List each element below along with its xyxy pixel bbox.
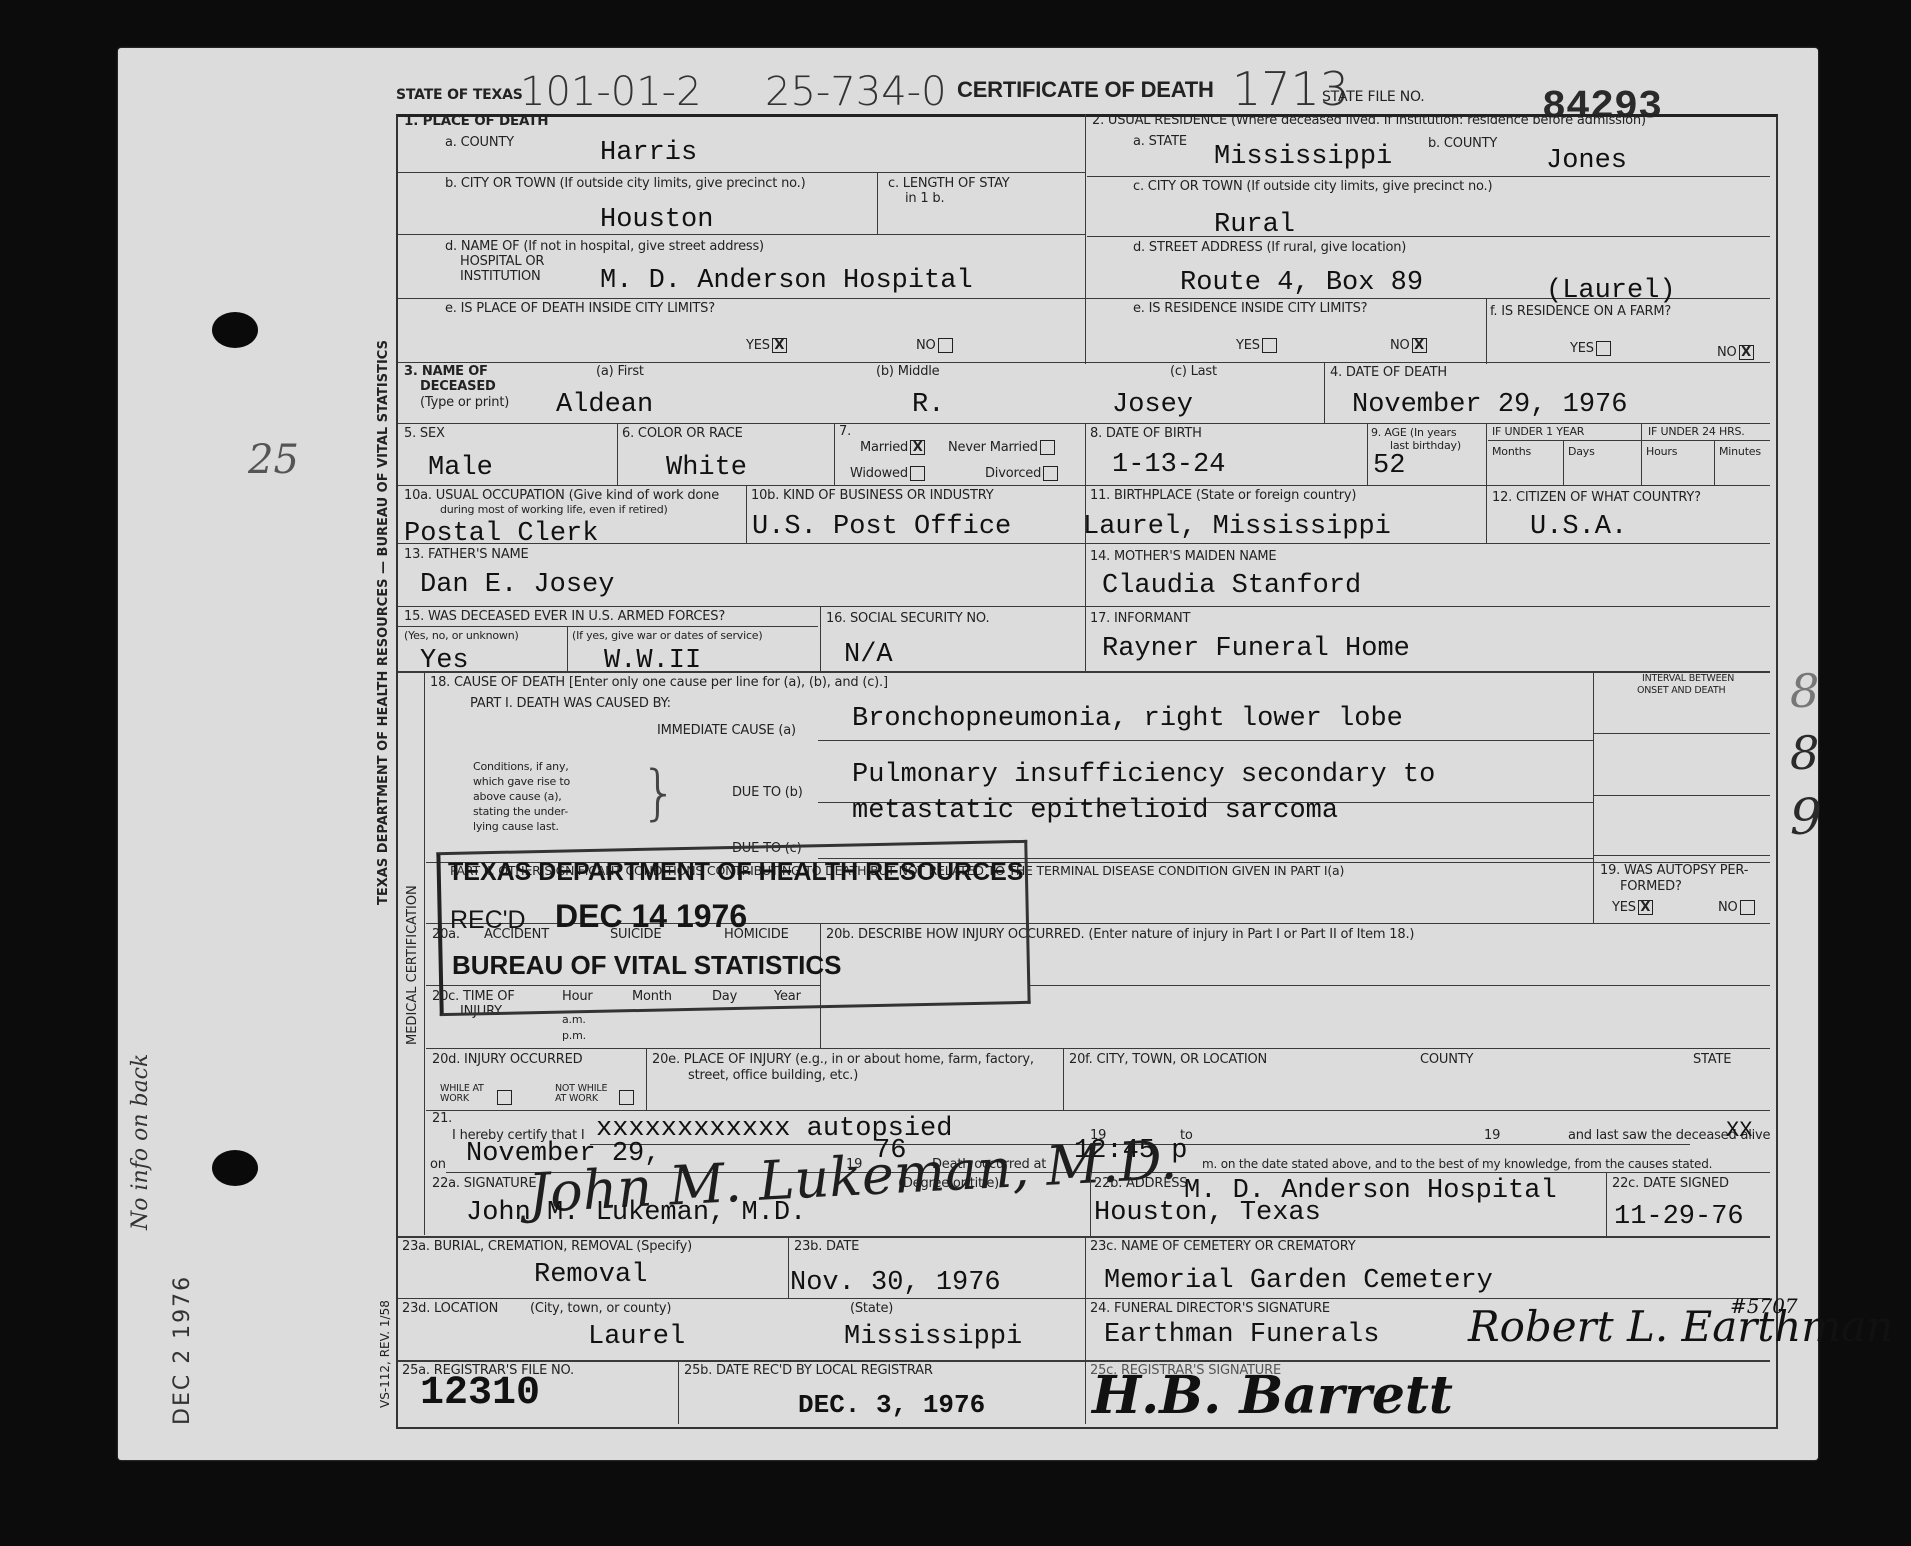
father-label: 13. FATHER'S NAME xyxy=(404,548,529,562)
registrar-date-label: 25b. DATE REC'D BY LOCAL REGISTRAR xyxy=(684,1364,933,1378)
divider xyxy=(746,485,747,543)
stamp-recd-label: REC'D xyxy=(450,906,526,935)
funeral-director-number: #5707 xyxy=(1730,1296,1798,1316)
registrar-date-value: DEC. 3, 1976 xyxy=(798,1392,985,1418)
checkbox[interactable] xyxy=(1043,466,1058,481)
divider xyxy=(1085,114,1086,364)
no-label: NO xyxy=(916,338,936,353)
burial-date-label: 23b. DATE xyxy=(794,1240,859,1254)
while-at-work[interactable]: WHILE ATWORK xyxy=(440,1084,484,1105)
place-of-death-label: 1. PLACE OF DEATH xyxy=(404,114,548,129)
divider xyxy=(398,1360,1770,1362)
divider xyxy=(398,362,1770,363)
margin-received-stamp: DEC 2 1976 xyxy=(170,1275,195,1425)
checkbox[interactable] xyxy=(938,338,953,353)
part1-label: PART I. DEATH WAS CAUSED BY: xyxy=(470,697,671,711)
hospital-label: d. NAME OF (If not in hospital, give str… xyxy=(445,240,764,254)
while-at-work-checkbox[interactable] xyxy=(497,1090,512,1105)
divider xyxy=(398,1298,1770,1299)
hand-file-number-2: 25-734-0 xyxy=(765,72,947,112)
date-signed-value: 11-29-76 xyxy=(1614,1204,1744,1231)
divider xyxy=(1486,298,1487,364)
res-city-label: c. CITY OR TOWN (If outside city limits,… xyxy=(1133,180,1492,194)
months-label: Months xyxy=(1492,446,1531,458)
margin-note: No info on back xyxy=(128,1054,153,1230)
widowed-label: Widowed xyxy=(850,466,908,481)
not-while-at-work-checkbox[interactable] xyxy=(619,1090,634,1105)
divider xyxy=(1593,795,1770,796)
hospital-label-3: INSTITUTION xyxy=(460,270,541,284)
divider xyxy=(818,740,1593,741)
hospital-label-2: HOSPITAL OR xyxy=(460,255,544,269)
date-of-death-value: November 29, 1976 xyxy=(1352,392,1627,419)
res-city-value: Rural xyxy=(1214,212,1295,239)
cemetery-value: Memorial Garden Cemetery xyxy=(1104,1268,1493,1295)
date-of-death-label: 4. DATE OF DEATH xyxy=(1330,366,1447,380)
divider xyxy=(424,671,425,1235)
department-side-label: TEXAS DEPARTMENT OF HEALTH RESOURCES — B… xyxy=(376,340,391,905)
injury-e-sub-label: street, office building, etc.) xyxy=(688,1069,858,1083)
last-name-label: (c) Last xyxy=(1170,365,1217,379)
birthplace-label: 11. BIRTHPLACE (State or foreign country… xyxy=(1090,489,1356,503)
hospital-value: M. D. Anderson Hospital xyxy=(600,268,973,295)
immediate-cause-value: Bronchopneumonia, right lower lobe xyxy=(852,706,1403,733)
age-label: 9. AGE (In years xyxy=(1371,427,1456,439)
yes-label: YES xyxy=(1570,341,1594,356)
death-city-limits-no[interactable]: NO xyxy=(916,338,953,353)
sex-value: Male xyxy=(428,455,493,482)
death-city-limits-yes[interactable]: YESX xyxy=(746,338,787,353)
location-state-value: Mississippi xyxy=(844,1324,1022,1351)
checkbox-checked[interactable]: X xyxy=(1638,900,1653,915)
divider xyxy=(1063,1048,1064,1110)
armed-sub-label-1: (Yes, no, or unknown) xyxy=(404,630,519,642)
under-year-label: IF UNDER 1 YEAR xyxy=(1492,426,1584,438)
divider xyxy=(788,1236,789,1298)
divider xyxy=(426,1110,1770,1111)
never-married-option[interactable]: Never Married xyxy=(948,440,1055,455)
interval-label-2: ONSET AND DEATH xyxy=(1637,686,1725,696)
res-city-limits-yes[interactable]: YES xyxy=(1236,338,1277,353)
checkbox[interactable] xyxy=(910,466,925,481)
dob-value: 1-13-24 xyxy=(1112,452,1225,479)
certification-num-label: 21. xyxy=(432,1112,452,1126)
days-label: Days xyxy=(1568,446,1595,458)
stamp-department: TEXAS DEPARTMENT OF HEALTH RESOURCES xyxy=(448,858,1024,887)
first-name-label: (a) First xyxy=(596,365,644,379)
middle-name-value: R. xyxy=(912,392,944,419)
checkbox[interactable] xyxy=(1262,338,1277,353)
ssn-value: N/A xyxy=(844,642,893,669)
race-label: 6. COLOR OR RACE xyxy=(622,427,743,441)
occupation-sub-label: during most of working life, even if ret… xyxy=(440,504,668,516)
checkbox-checked[interactable]: X xyxy=(1739,345,1754,360)
checkbox[interactable] xyxy=(1040,440,1055,455)
divider xyxy=(1593,855,1770,856)
divider xyxy=(567,626,568,671)
interval-mark-2: 8 xyxy=(1790,730,1819,776)
res-street-note: (Laurel) xyxy=(1546,278,1676,305)
widowed-option[interactable]: Widowed xyxy=(850,466,925,481)
divider xyxy=(1593,733,1770,734)
am-label: a.m. xyxy=(562,1014,586,1026)
divider xyxy=(398,671,1770,673)
conditions-note-4: stating the under- xyxy=(473,806,568,818)
no-label: NO xyxy=(1718,900,1738,915)
mother-label: 14. MOTHER'S MAIDEN NAME xyxy=(1090,550,1276,564)
yes-label: YES xyxy=(1236,338,1260,353)
funeral-director-signature: Robert L. Earthman xyxy=(1468,1306,1893,1348)
injury-f-label: 20f. CITY, TOWN, OR LOCATION xyxy=(1069,1053,1267,1067)
divider xyxy=(678,1360,679,1424)
father-value: Dan E. Josey xyxy=(420,572,614,599)
citizen-label: 12. CITIZEN OF WHAT COUNTRY? xyxy=(1492,491,1701,505)
divider xyxy=(426,1048,1770,1049)
stamp-bureau: BUREAU OF VITAL STATISTICS xyxy=(452,950,842,981)
interval-mark-1: 8 xyxy=(1790,668,1819,714)
signature-label: 22a. SIGNATURE xyxy=(432,1177,536,1191)
due-to-b-line1: Pulmonary insufficiency secondary to xyxy=(852,762,1435,789)
autopsy-sub-label: FORMED? xyxy=(1620,880,1682,894)
on-label: on xyxy=(430,1158,446,1172)
under-day-label: IF UNDER 24 HRS. xyxy=(1648,426,1745,438)
conditions-note-3: above cause (a), xyxy=(473,791,562,803)
state-of-texas-label: STATE OF TEXAS xyxy=(396,88,523,103)
injury-state-label: STATE xyxy=(1693,1053,1731,1067)
autopsy-label: 19. WAS AUTOPSY PER- xyxy=(1600,864,1748,878)
first-name-value: Aldean xyxy=(556,392,653,419)
divider xyxy=(398,606,1770,607)
citizen-value: U.S.A. xyxy=(1530,514,1627,541)
business-label: 10b. KIND OF BUSINESS OR INDUSTRY xyxy=(751,489,993,503)
deceased-label: DECEASED xyxy=(420,380,496,394)
not-while-at-work[interactable]: NOT WHILEAT WORK xyxy=(555,1084,607,1105)
cemetery-label: 23c. NAME OF CEMETERY OR CREMATORY xyxy=(1090,1240,1355,1254)
while-at-work-label: WHILE AT xyxy=(440,1083,484,1094)
divider xyxy=(1486,423,1487,543)
divider xyxy=(398,234,1085,235)
funeral-director-value: Earthman Funerals xyxy=(1104,1322,1379,1349)
divorced-option[interactable]: Divorced xyxy=(985,466,1058,481)
informant-value: Rayner Funeral Home xyxy=(1102,636,1410,663)
length-of-stay-label: c. LENGTH OF STAY xyxy=(888,177,1010,191)
form-revision-label: VS-112, REV. 1/58 xyxy=(378,1300,392,1408)
married-label: Married xyxy=(860,440,908,455)
divider xyxy=(1090,1172,1091,1236)
divider xyxy=(820,606,821,671)
punch-hole xyxy=(212,312,258,348)
divider xyxy=(1641,423,1642,485)
margin-hand-number: 25 xyxy=(248,440,299,480)
divider xyxy=(1085,543,1086,671)
cause-of-death-label: 18. CAUSE OF DEATH [Enter only one cause… xyxy=(430,676,888,690)
divider xyxy=(646,1048,647,1110)
divider xyxy=(1563,440,1564,485)
brace-icon: } xyxy=(640,760,678,826)
divider xyxy=(617,423,618,485)
type-or-print-label: (Type or print) xyxy=(420,396,509,410)
res-street-value: Route 4, Box 89 xyxy=(1180,270,1423,297)
checkbox-checked[interactable]: X xyxy=(910,440,925,455)
middle-name-label: (b) Middle xyxy=(876,365,939,379)
divider xyxy=(398,1236,1770,1238)
divider xyxy=(1030,985,1770,986)
checkbox-checked[interactable]: X xyxy=(772,338,787,353)
last-name-value: Josey xyxy=(1112,392,1193,419)
not-while-label-2: AT WORK xyxy=(555,1093,598,1104)
farm-question: f. IS RESIDENCE ON A FARM? xyxy=(1490,305,1671,319)
divider xyxy=(1087,236,1770,237)
alive-mark: XX xyxy=(1726,1120,1752,1142)
location-city-label: (City, town, or county) xyxy=(530,1302,671,1316)
sex-label: 5. SEX xyxy=(404,427,445,441)
punch-hole xyxy=(212,1150,258,1186)
interval-label-1: INTERVAL BETWEEN xyxy=(1642,674,1734,684)
while-at-work-label-2: WORK xyxy=(440,1093,469,1104)
funeral-director-label: 24. FUNERAL DIRECTOR'S SIGNATURE xyxy=(1090,1302,1330,1316)
nineteen-label-2: 19 xyxy=(1484,1129,1500,1143)
due-to-b-label: DUE TO (b) xyxy=(732,786,803,800)
autopsy-yes[interactable]: YESX xyxy=(1612,900,1653,915)
res-county-label: b. COUNTY xyxy=(1428,137,1497,151)
divorced-label: Divorced xyxy=(985,466,1041,481)
informant-label: 17. INFORMANT xyxy=(1090,612,1190,626)
conditions-note-1: Conditions, if any, xyxy=(473,761,569,773)
checkbox[interactable] xyxy=(1596,341,1611,356)
city-label: b. CITY OR TOWN (If outside city limits,… xyxy=(445,177,805,191)
name-label: 3. NAME OF xyxy=(404,365,488,379)
divider xyxy=(1087,176,1770,177)
burial-label: 23a. BURIAL, CREMATION, REMOVAL (Specify… xyxy=(402,1240,692,1254)
registrar-file-number: 12310 xyxy=(420,1374,540,1414)
interval-mark-3: 9 xyxy=(1790,792,1822,842)
city-limits-question: e. IS PLACE OF DEATH INSIDE CITY LIMITS? xyxy=(445,302,715,316)
location-label: 23d. LOCATION xyxy=(402,1302,498,1316)
divider xyxy=(1085,1236,1086,1424)
occupation-label: 10a. USUAL OCCUPATION (Give kind of work… xyxy=(404,489,719,503)
state-file-label: STATE FILE NO. xyxy=(1322,90,1425,105)
divider xyxy=(398,423,1770,424)
divider xyxy=(1488,440,1770,441)
location-city-value: Laurel xyxy=(588,1324,685,1351)
county-label: a. COUNTY xyxy=(445,136,514,150)
armed-sub-label-2: (If yes, give war or dates of service) xyxy=(572,630,762,642)
burial-date-value: Nov. 30, 1976 xyxy=(790,1270,1001,1297)
conditions-note-2: which gave rise to xyxy=(473,776,570,788)
death-city-value: Houston xyxy=(600,207,713,234)
res-street-label: d. STREET ADDRESS (If rural, give locati… xyxy=(1133,241,1406,255)
no-label: NO xyxy=(1717,345,1737,360)
ssn-label: 16. SOCIAL SECURITY NO. xyxy=(826,612,989,626)
birthplace-value: Laurel, Mississippi xyxy=(1083,514,1391,541)
divider xyxy=(398,172,1085,173)
divider xyxy=(398,485,1770,486)
divider xyxy=(1367,423,1368,485)
burial-value: Removal xyxy=(534,1262,647,1289)
usual-residence-label: 2. USUAL RESIDENCE (Where deceased lived… xyxy=(1092,114,1646,128)
due-to-b-line2: metastatic epithelioid sarcoma xyxy=(852,798,1338,825)
injury-county-label: COUNTY xyxy=(1420,1053,1473,1067)
res-city-limits-no[interactable]: NOX xyxy=(1390,338,1427,353)
divider xyxy=(1324,362,1325,424)
divider xyxy=(1593,671,1594,923)
date-signed-label: 22c. DATE SIGNED xyxy=(1612,1177,1729,1191)
minutes-label: Minutes xyxy=(1719,446,1761,458)
hours-label: Hours xyxy=(1646,446,1677,458)
certificate-title: CERTIFICATE OF DEATH xyxy=(957,78,1214,102)
hand-file-number-1: 101-01-2 xyxy=(520,72,702,112)
death-county-value: Harris xyxy=(600,140,697,167)
marital-label: 7. xyxy=(839,425,851,439)
no-label: NO xyxy=(1390,338,1410,353)
divider xyxy=(877,172,878,234)
registrar-signature: H.B. Barrett xyxy=(1092,1370,1453,1422)
conditions-note-5: lying cause last. xyxy=(473,821,559,833)
divider xyxy=(834,423,835,485)
autopsy-no[interactable]: NO xyxy=(1718,900,1755,915)
res-city-limits-question: e. IS RESIDENCE INSIDE CITY LIMITS? xyxy=(1133,302,1367,316)
yes-label: YES xyxy=(746,338,770,353)
res-state-label: a. STATE xyxy=(1133,135,1187,149)
divider xyxy=(398,626,818,627)
length-of-stay-sub-label: in 1 b. xyxy=(905,192,944,206)
address-line-2: Houston, Texas xyxy=(1094,1200,1321,1227)
injury-e-label: 20e. PLACE OF INJURY (e.g., in or about … xyxy=(652,1053,1034,1067)
age-value: 52 xyxy=(1373,453,1405,480)
injury-d-label: 20d. INJURY OCCURRED xyxy=(432,1053,582,1067)
res-state-value: Mississippi xyxy=(1214,144,1392,171)
never-married-label: Never Married xyxy=(948,440,1038,455)
res-county-value: Jones xyxy=(1546,148,1627,175)
race-value: White xyxy=(666,455,747,482)
farm-yes[interactable]: YES xyxy=(1570,341,1611,356)
not-while-label: NOT WHILE xyxy=(555,1083,607,1094)
divider xyxy=(1606,1172,1607,1236)
yes-label: YES xyxy=(1612,900,1636,915)
married-option[interactable]: MarriedX xyxy=(860,440,925,455)
address-label: 22b. ADDRESS xyxy=(1094,1177,1187,1191)
checkbox[interactable] xyxy=(1740,900,1755,915)
dob-label: 8. DATE OF BIRTH xyxy=(1090,427,1202,441)
checkbox-checked[interactable]: X xyxy=(1412,338,1427,353)
farm-no[interactable]: NOX xyxy=(1717,345,1754,360)
mother-value: Claudia Stanford xyxy=(1102,573,1361,600)
immediate-cause-label: IMMEDIATE CAUSE (a) xyxy=(657,724,796,738)
divider xyxy=(398,543,1770,544)
divider xyxy=(1714,440,1715,485)
pm-label: p.m. xyxy=(562,1030,586,1042)
armed-forces-label: 15. WAS DECEASED EVER IN U.S. ARMED FORC… xyxy=(404,610,725,624)
death-time-suffix: m. on the date stated above, and to the … xyxy=(1202,1158,1712,1171)
physician-typed-name: John M. Lukeman, M.D. xyxy=(466,1200,806,1227)
location-state-label: (State) xyxy=(850,1302,893,1316)
stamp-date: DEC 14 1976 xyxy=(555,898,747,935)
business-value: U.S. Post Office xyxy=(752,514,1011,541)
